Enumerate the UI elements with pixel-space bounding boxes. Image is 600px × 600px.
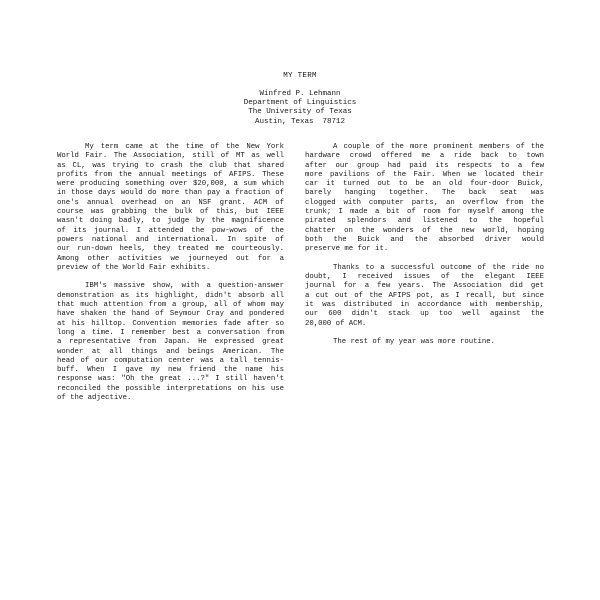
right-column: A couple of the more prominent members o…	[305, 143, 544, 348]
paragraph-gap	[57, 273, 284, 282]
paragraph-buick-ride: A couple of the more prominent members o…	[305, 143, 544, 255]
paragraph-ieee-journal: Thanks to a successful outcome of the ri…	[305, 264, 544, 329]
document-page: MY TERM Winfred P. Lehmann Department of…	[0, 0, 600, 600]
text-line: our 600 didn't stack up too well against…	[305, 310, 544, 319]
text-line: Thanks to a successful outcome of the ri…	[305, 264, 544, 273]
text-line: 20,000 of ACM.	[305, 320, 544, 329]
text-line: A couple of the more prominent members o…	[305, 143, 544, 152]
text-line: our run-down heels, they treated me cour…	[57, 245, 284, 254]
text-line: response was: "Oh the great ...?" I stil…	[57, 375, 284, 384]
text-line: more pavilions of the Fair. When we loca…	[305, 171, 544, 180]
text-line: profits from the annual meetings of AFIP…	[57, 171, 284, 180]
text-line: buff. When I gave my new friend the name…	[57, 366, 284, 375]
text-line: were producing something over $20,000, a…	[57, 180, 284, 189]
paragraph-gap	[305, 255, 544, 264]
author-name: Winfred P. Lehmann	[0, 90, 600, 99]
text-line: of the adjective.	[57, 394, 284, 403]
text-line: both the Buick and the absorbed driver w…	[305, 236, 544, 245]
text-line: car it turned out to be an old four-door…	[305, 180, 544, 189]
text-line: reconciled the possible interpretations …	[57, 385, 284, 394]
text-line: that much attention from a group, all of…	[57, 301, 284, 310]
author-address: Austin, Texas 78712	[0, 118, 600, 127]
text-line: clogged with computer parts, an overflow…	[305, 199, 544, 208]
author-block: Winfred P. Lehmann Department of Linguis…	[0, 90, 600, 127]
text-line: My term came at the time of the New York	[57, 143, 284, 152]
text-line: head of our computation center was a tal…	[57, 357, 284, 366]
text-line: in those days would do more than pay a f…	[57, 189, 284, 198]
text-line: demonstration as its highlight, didn't a…	[57, 292, 284, 301]
text-line: preserve me for it.	[305, 245, 544, 254]
text-line: barely hanging together. The back seat w…	[305, 189, 544, 198]
text-line: of its journal. I attended the pow-wows …	[57, 227, 284, 236]
text-line: as CL, was trying to crash the club that…	[57, 162, 284, 171]
text-line: doubt, I received issues of the elegant …	[305, 273, 544, 282]
text-line: at his hilltop. Convention memories fade…	[57, 320, 284, 329]
text-line: a cut out of the AFIPS pot, as I recall,…	[305, 292, 544, 301]
text-line: long a time. I remember best a conversat…	[57, 329, 284, 338]
author-university: The University of Texas	[0, 108, 600, 117]
document-title: MY TERM	[0, 72, 600, 80]
paragraph-ibm-show: IBM's massive show, with a question-answ…	[57, 282, 284, 403]
text-line: powers national and international. In sp…	[57, 236, 284, 245]
text-line: preview of the World Fair exhibits.	[57, 264, 284, 273]
text-line: one's annual overhead on an NSF grant. A…	[57, 199, 284, 208]
text-line: journal for a few years. The Association…	[305, 282, 544, 291]
text-line: chatter on the wonders of the new world,…	[305, 227, 544, 236]
text-line: hardware crowd offered me a ride back to…	[305, 152, 544, 161]
author-department: Department of Linguistics	[0, 99, 600, 108]
text-line: after our group had paid its respects to…	[305, 162, 544, 171]
paragraph-world-fair: My term came at the time of the New York…	[57, 143, 284, 273]
text-line: pirated splendors and listened to the ho…	[305, 217, 544, 226]
left-column: My term came at the time of the New York…	[57, 143, 284, 403]
text-line: trunk; I made a bit of room for myself a…	[305, 208, 544, 217]
paragraph-gap	[305, 329, 544, 338]
text-line: wasn't doing badly, to judge by the magn…	[57, 217, 284, 226]
text-line: World Fair. The Association, still of MT…	[57, 152, 284, 161]
text-line: a representative from Japan. He expresse…	[57, 338, 284, 347]
text-line: it was distributed in accordance with me…	[305, 301, 544, 310]
text-line: course was grabbing the bulk of this, bu…	[57, 208, 284, 217]
text-line: have shaken the hand of Seymour Cray and…	[57, 310, 284, 319]
text-line: IBM's massive show, with a question-answ…	[57, 282, 284, 291]
text-line: The rest of my year was more routine.	[305, 338, 544, 347]
paragraph-closing: The rest of my year was more routine.	[305, 338, 544, 347]
text-line: Among other activities we journeyed out …	[57, 255, 284, 264]
text-line: wonder at all things and beings American…	[57, 348, 284, 357]
